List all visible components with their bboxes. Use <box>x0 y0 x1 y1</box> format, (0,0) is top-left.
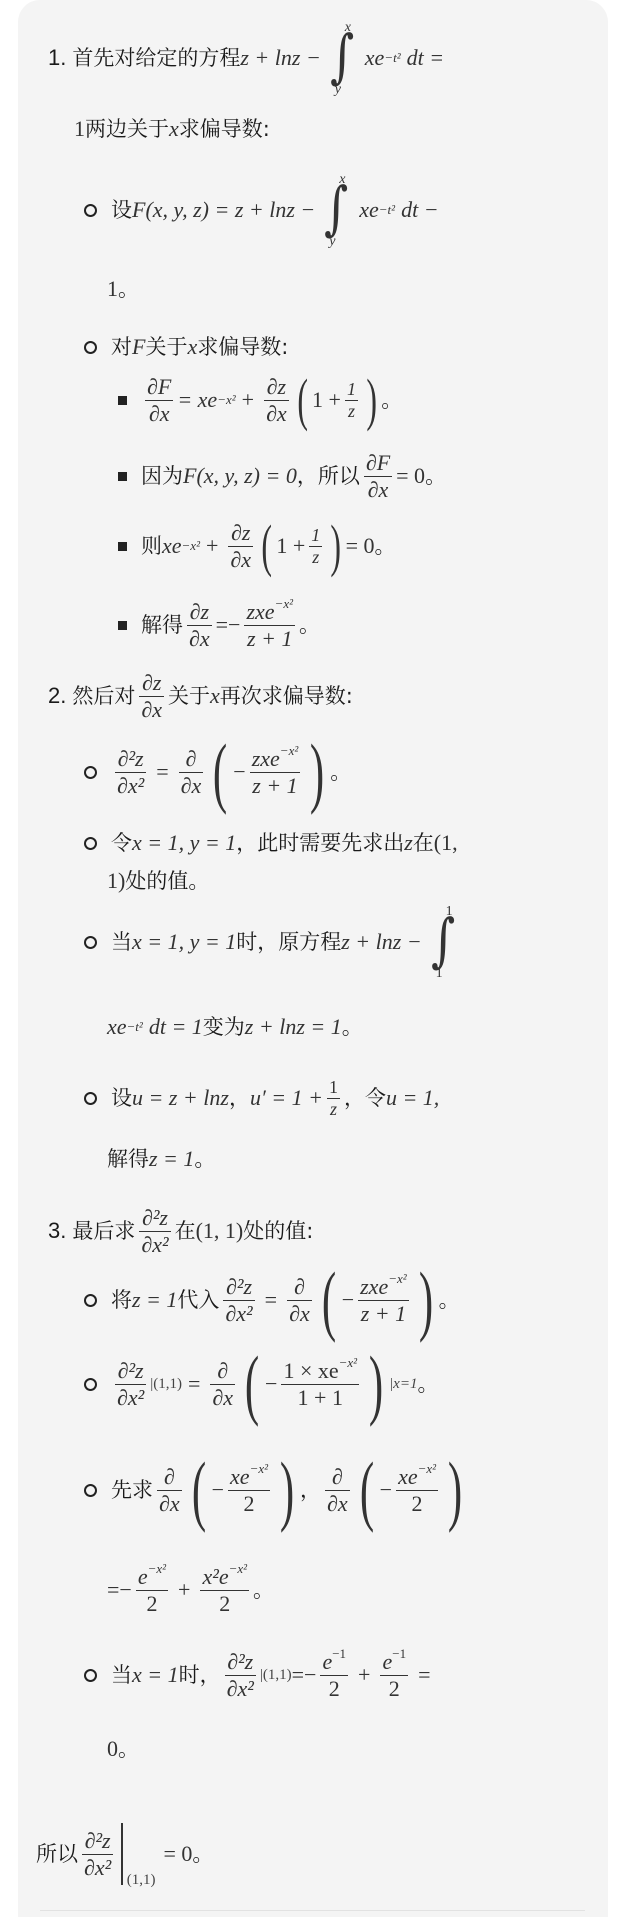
fraction: ∂²z∂x² <box>225 1649 256 1701</box>
fraction: x²e−x²2 <box>200 1564 249 1616</box>
list-item-continuation: 解得 z = 1 。 <box>107 1148 215 1170</box>
bullet-circle-icon <box>84 1669 97 1682</box>
left-paren: ( <box>360 1451 374 1529</box>
fraction: ∂²z∂x² <box>223 1274 254 1326</box>
bullet-square-icon <box>118 621 127 630</box>
list-item: 令 x = 1, y = 1 ，此时需要先求出 z 在 (1, <box>84 832 458 854</box>
math-expr: dt = <box>407 47 444 69</box>
fraction: zxe−x²z + 1 <box>250 746 301 798</box>
list-item-continuation: 1 。 <box>107 278 139 300</box>
bullet-circle-icon <box>84 204 97 217</box>
right-paren: ) <box>331 517 342 575</box>
integral-symbol: ∫ 1 1 <box>426 907 452 977</box>
right-paren: ) <box>280 1451 294 1529</box>
step-1-heading: 1. 首先对给定的方程 z + lnz − ∫ x y xe−t² dt = <box>48 28 444 88</box>
fraction: ∂∂x <box>157 1464 182 1516</box>
step-3-heading: 3. 最后求 ∂²z∂x² 在 (1, 1) 处的值: <box>48 1202 313 1260</box>
step-number: 3. <box>48 1220 66 1242</box>
bullet-circle-icon <box>84 1294 97 1307</box>
bullet-square-icon <box>118 542 127 551</box>
list-item: 设 F(x, y, z) = z + lnz − ∫ x y xe−t² dt … <box>84 178 439 242</box>
list-item-continuation: 0 。 <box>107 1738 139 1760</box>
left-paren: ( <box>322 1261 336 1339</box>
bullet-circle-icon <box>84 1378 97 1391</box>
bullet-circle-icon <box>84 1484 97 1497</box>
fraction: ∂²z∂x² <box>115 1358 146 1410</box>
right-paren: ) <box>448 1451 462 1529</box>
fraction: ∂z∂x <box>139 670 164 722</box>
left-paren: ( <box>191 1451 205 1529</box>
conclusion: 所以 ∂²z∂x² (1,1) = 0 。 <box>36 1818 213 1890</box>
fraction: ∂²z∂x² <box>115 746 146 798</box>
bullet-circle-icon <box>84 837 97 850</box>
integral-symbol: ∫ x y <box>319 175 345 245</box>
step-1-continuation: 1 两边关于 x 求偏导数: <box>74 118 270 140</box>
list-item-continuation: 1) 处的值。 <box>107 870 209 892</box>
list-item-continuation: xe−t² dt = 1 变为 z + lnz = 1 。 <box>107 1016 363 1038</box>
fraction: ∂F∂x <box>364 450 392 502</box>
fraction: 1z <box>327 1077 340 1119</box>
list-item: 解得 ∂z∂x =− zxe−x²z + 1 。 <box>118 596 320 654</box>
fraction: ∂∂x <box>210 1358 235 1410</box>
right-paren: ) <box>310 733 324 811</box>
right-paren: ) <box>369 1345 383 1423</box>
left-paren: ( <box>213 733 227 811</box>
step-number: 1. <box>48 47 66 69</box>
fraction: ∂∂x <box>287 1274 312 1326</box>
fraction: ∂F∂x <box>145 374 173 426</box>
bullet-circle-icon <box>84 936 97 949</box>
list-item: 当 x = 1 时， ∂²z∂x² |(1,1) =− e−12 + e−12 … <box>84 1645 437 1705</box>
integral-symbol: ∫ x y <box>325 23 351 93</box>
fraction: e−12 <box>320 1649 348 1701</box>
bullet-circle-icon <box>84 1092 97 1105</box>
left-paren: ( <box>261 517 272 575</box>
fraction: xe−x²2 <box>228 1464 270 1516</box>
step-number: 2. <box>48 685 66 707</box>
fraction: ∂∂x <box>179 746 204 798</box>
bullet-circle-icon <box>84 341 97 354</box>
list-item: 设 u = z + lnz ， u′ = 1 + 1z ， 令 u = 1, <box>84 1072 439 1124</box>
fraction: ∂²z∂x² <box>139 1205 170 1257</box>
fraction: zxe−x²z + 1 <box>244 599 295 651</box>
fraction: 1z <box>345 379 358 421</box>
list-item: ∂F∂x = xe−x² + ∂z∂x ( 1 + 1z ) 。 <box>118 372 402 428</box>
fraction: e−x²2 <box>136 1564 168 1616</box>
bullet-square-icon <box>118 396 127 405</box>
math-expr: z + lnz − <box>240 47 320 69</box>
right-paren: ) <box>419 1261 433 1339</box>
step-text: 首先对给定的方程 <box>72 48 240 69</box>
fraction: ∂z∂x <box>264 374 289 426</box>
fraction: ∂z∂x <box>187 599 212 651</box>
fraction: ∂²z∂x² <box>82 1828 113 1880</box>
step-2-heading: 2. 然后对 ∂z∂x 关于 x 再次求偏导数: <box>48 668 353 724</box>
math-expr: xe <box>365 47 385 69</box>
fraction: 1z <box>309 525 322 567</box>
list-item-continuation: =− e−x²2 + x²e−x²2 。 <box>107 1560 274 1620</box>
evaluation-bar <box>121 1823 123 1885</box>
fraction: 1 × xe−x²1 + 1 <box>281 1358 359 1410</box>
list-item: ∂²z∂x² = ∂∂x ( − zxe−x²z + 1 ) 。 <box>84 736 351 808</box>
list-item: 当 x = 1, y = 1 时，原方程 z + lnz − ∫ 1 1 <box>84 905 456 979</box>
fraction: ∂z∂x <box>228 520 253 572</box>
list-item: 则 xe−x² + ∂z∂x ( 1 + 1z ) = 0 。 <box>118 518 396 574</box>
bullet-circle-icon <box>84 766 97 779</box>
list-item: ∂²z∂x² |(1,1) = ∂∂x ( − 1 × xe−x²1 + 1 )… <box>84 1348 438 1420</box>
fraction: xe−x²2 <box>396 1464 438 1516</box>
bullet-square-icon <box>118 472 127 481</box>
list-item: 因为 F(x, y, z) = 0 ，所以 ∂F∂x = 0 。 <box>118 448 446 504</box>
left-paren: ( <box>297 371 308 429</box>
left-paren: ( <box>245 1345 259 1423</box>
divider <box>40 1910 585 1911</box>
fraction: zxe−x²z + 1 <box>358 1274 409 1326</box>
right-paren: ) <box>366 371 377 429</box>
fraction: e−12 <box>380 1649 408 1701</box>
list-item: 对 F 关于 x 求偏导数: <box>84 336 288 358</box>
list-item: 将 z = 1 代入 ∂²z∂x² = ∂∂x ( − zxe−x²z + 1 … <box>84 1264 460 1336</box>
fraction: ∂∂x <box>325 1464 350 1516</box>
list-item: 先求 ∂∂x ( − xe−x²2 ) ， ∂∂x ( − xe−x²2 ) <box>84 1454 468 1526</box>
